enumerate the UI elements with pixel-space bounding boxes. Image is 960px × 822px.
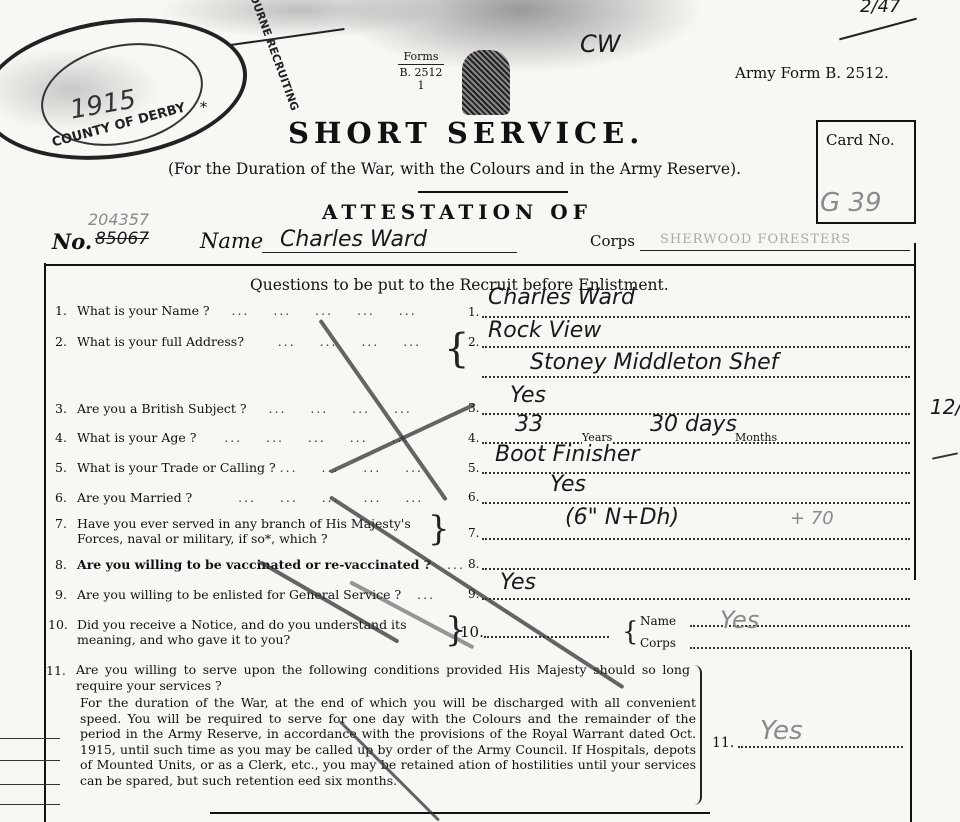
question-11-text: Are you willing to serve upon the follow… xyxy=(76,662,696,693)
top-right-stroke xyxy=(839,18,917,41)
title-rule xyxy=(418,191,568,193)
answer-9: Yes xyxy=(500,570,536,595)
stamp-stroke xyxy=(230,28,344,46)
answer-number-4: 4. xyxy=(468,431,479,445)
answer-number-10: 10. xyxy=(460,623,484,641)
number-value: 85067 xyxy=(95,229,149,249)
frame-right-rule xyxy=(914,243,916,580)
attestation-heading: ATTESTATION OF xyxy=(322,200,592,224)
frame-top-rule xyxy=(44,264,914,266)
edge-rule xyxy=(0,804,60,805)
answer-line-9 xyxy=(482,598,910,600)
answer-3: Yes xyxy=(510,383,546,408)
forms-ref-bottom: 1 xyxy=(398,79,444,92)
card-number-value: G 39 xyxy=(820,188,882,218)
question-11-brace xyxy=(690,665,702,805)
question-6: 6.Are you Married ? ... ... ... ... ... xyxy=(55,490,423,505)
question-10: 10.Did you receive a Notice, and do you … xyxy=(48,617,406,647)
question-7-brace: } xyxy=(428,514,450,544)
months-label: Months xyxy=(735,431,777,444)
frame-bottom-rule xyxy=(210,812,710,814)
answer-line-5 xyxy=(482,472,910,474)
sub-corps-label: Corps xyxy=(640,636,676,650)
answer-7-extra: + 70 xyxy=(790,508,834,529)
army-form-number: Army Form B. 2512. xyxy=(735,64,889,82)
edge-rule xyxy=(0,784,60,785)
question-3: 3.Are you a British Subject ? ... ... ..… xyxy=(55,401,412,416)
edge-rule xyxy=(0,760,60,761)
frame-right-rule-lower xyxy=(910,650,912,822)
edge-rule xyxy=(0,738,60,739)
forms-reference: Forms B. 2512 1 xyxy=(398,50,444,92)
margin-note: 12/ xyxy=(930,395,960,419)
sub-corps-line xyxy=(690,647,910,649)
corps-underline xyxy=(640,250,910,251)
question-5: 5.What is your Trade or Calling ? ... ..… xyxy=(55,460,423,475)
answer-number-8: 8. xyxy=(468,557,479,571)
forms-ref-middle: B. 2512 xyxy=(398,66,444,79)
number-label: No. xyxy=(52,229,92,254)
stamp-top-text: ASHBOURNE RECRUITING xyxy=(235,0,301,112)
answer-line-2b xyxy=(482,376,910,378)
answer-number-7: 7. xyxy=(468,526,479,540)
answer-line-6 xyxy=(482,502,910,504)
number-above: 204357 xyxy=(88,210,149,229)
attestation-form-page: ASHBOURNE RECRUITING COUNTY OF DERBY 191… xyxy=(0,0,960,822)
question-1: 1.What is your Name ? ... ... ... ... ..… xyxy=(55,303,417,318)
answer-line-7 xyxy=(482,538,910,540)
sub-name-label: Name xyxy=(640,614,676,628)
answer-7: (6" N+Dh) xyxy=(565,505,679,530)
margin-dash xyxy=(932,452,958,459)
answer-5: Boot Finisher xyxy=(495,442,639,467)
name-underline xyxy=(262,252,517,253)
form-title: SHORT SERVICE. xyxy=(288,116,644,150)
answer-line-8 xyxy=(482,568,910,570)
answer-11: Yes xyxy=(760,716,803,746)
question-7: 7.Have you ever served in any branch of … xyxy=(55,516,411,546)
corps-label: Corps xyxy=(590,232,635,250)
answer-6: Yes xyxy=(550,472,586,497)
answer-line-2a xyxy=(482,346,910,348)
answer-line-11 xyxy=(738,746,903,748)
answer-4-years: 33 xyxy=(515,412,543,437)
answer-number-1: 1. xyxy=(468,305,479,319)
answer-2-line2: Stoney Middleton Shef xyxy=(530,350,778,375)
answer-number-11: 11. xyxy=(712,735,734,751)
name-label: Name xyxy=(200,229,263,253)
question-10-answer-brace: { xyxy=(622,617,639,647)
answer-number-6: 6. xyxy=(468,490,479,504)
royal-crest-icon xyxy=(462,50,510,115)
top-right-scribble: 2/47 xyxy=(860,0,900,17)
answer-4-months: 30 days xyxy=(650,412,737,437)
forms-ref-top: Forms xyxy=(398,50,444,63)
question-11-number: 11. xyxy=(46,663,66,678)
answer-number-2: 2. xyxy=(468,335,479,349)
address-brace: { xyxy=(444,334,469,364)
star-icon: * xyxy=(200,100,207,116)
question-2: 2.What is your full Address? ... ... ...… xyxy=(55,334,421,349)
question-4: 4.What is your Age ? ... ... ... ... ... xyxy=(55,430,409,445)
answer-1: Charles Ward xyxy=(488,285,635,310)
corps-value: SHERWOOD FORESTERS xyxy=(660,232,851,247)
card-number-label: Card No. xyxy=(826,131,895,149)
answer-2-line1: Rock View xyxy=(488,318,601,343)
answer-number-5: 5. xyxy=(468,461,479,475)
answer-10: Yes xyxy=(720,606,759,634)
top-scribble: CW xyxy=(580,30,621,58)
form-subtitle: (For the Duration of the War, with the C… xyxy=(168,160,741,178)
name-value: Charles Ward xyxy=(280,227,427,252)
question-11-conditions: For the duration of the War, at the end … xyxy=(76,693,696,788)
